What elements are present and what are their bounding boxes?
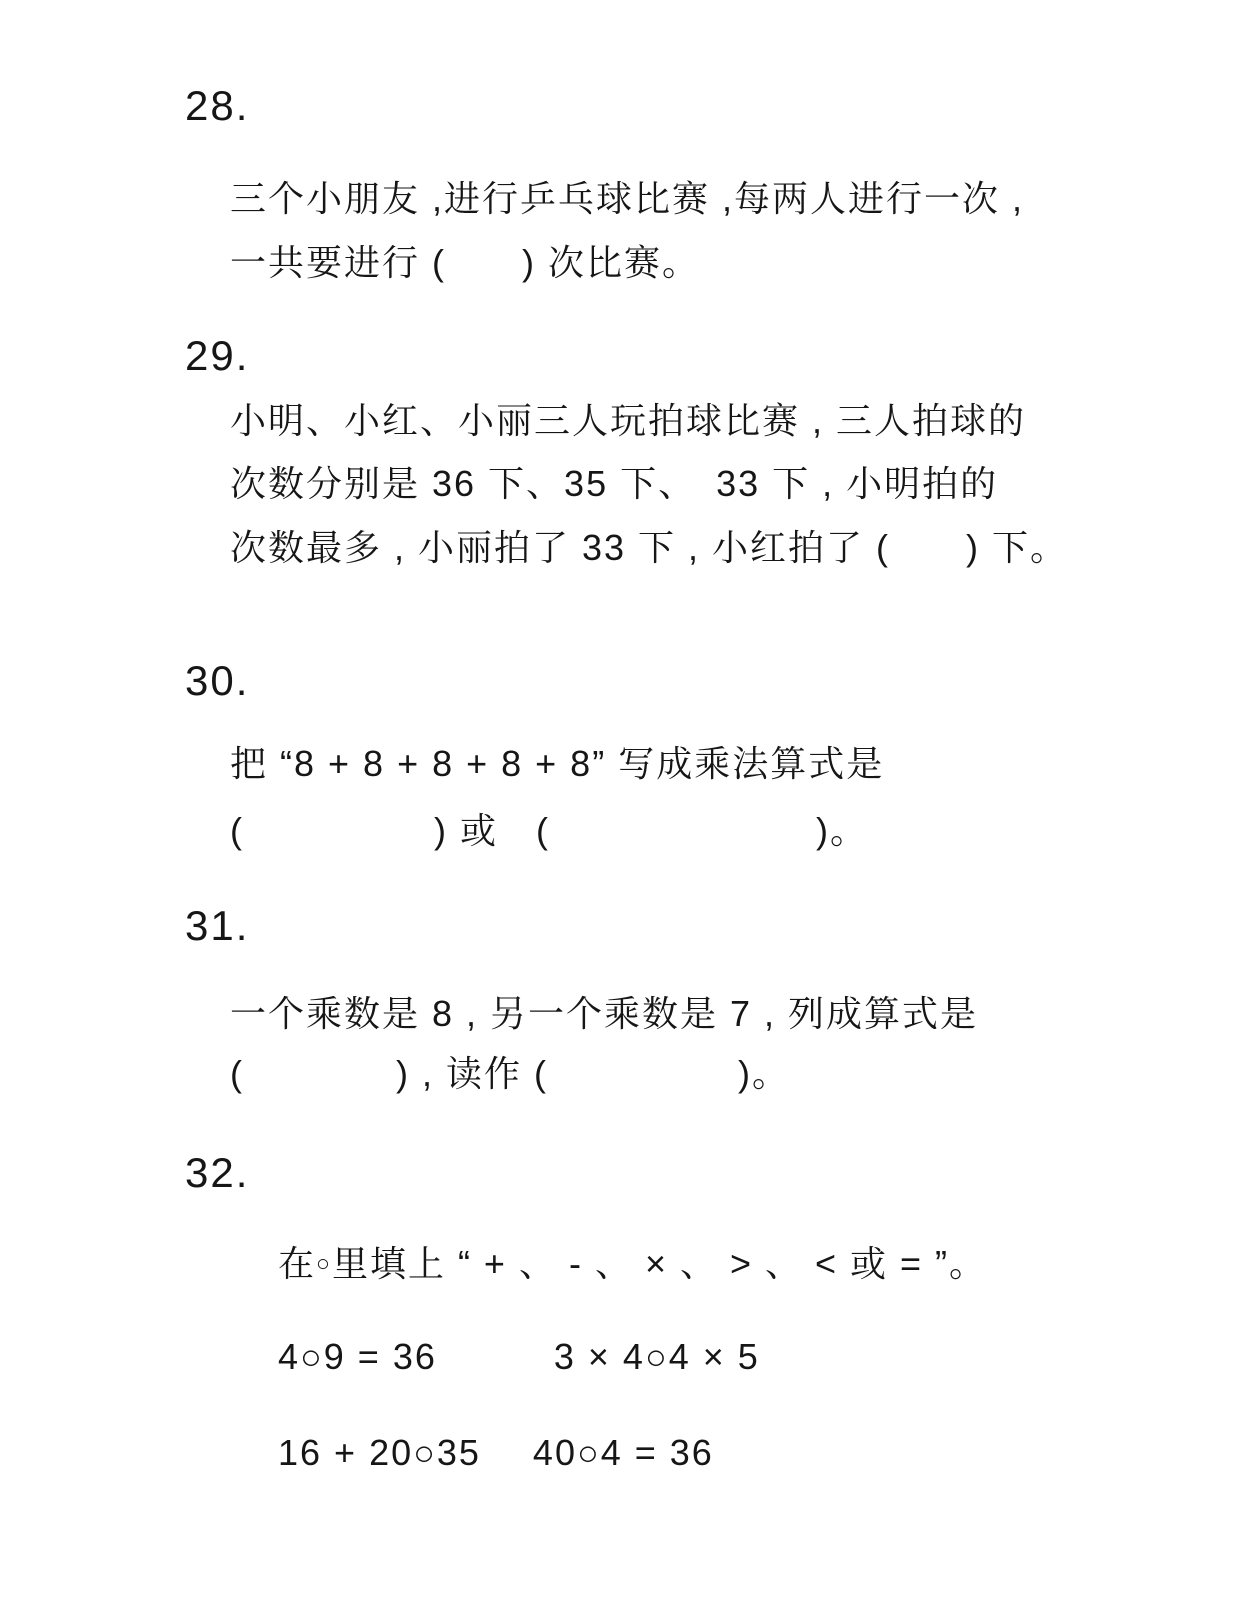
- question-29-line-3: 次数最多 , 小丽拍了 33 下 , 小红拍了 ( ) 下。: [230, 530, 1068, 566]
- question-number-32: 32.: [185, 1152, 249, 1194]
- question-29-line-2: 次数分别是 36 下、35 下、 33 下 , 小明拍的: [230, 466, 998, 502]
- question-number-31: 31.: [185, 905, 249, 947]
- question-31-line-2: ( ) , 读作 ( )。: [230, 1056, 790, 1092]
- question-31-line-1: 一个乘数是 8 , 另一个乘数是 7 , 列成算式是: [230, 996, 978, 1032]
- question-32-intro: 在○里填上 “ + 、 - 、 × 、 > 、 < 或 = ”。: [230, 1210, 987, 1318]
- question-28-line-1: 三个小朋友 ,进行乒乓球比赛 ,每两人进行一次 ,: [230, 181, 1024, 217]
- intro-text-prefix: 在: [278, 1243, 316, 1284]
- equation-2-right: 40○4 = 36: [533, 1432, 714, 1473]
- equation-row-2: 16 + 20○3540○4 = 36: [230, 1399, 714, 1507]
- equation-1-right: 3 × 4○4 × 5: [554, 1336, 760, 1377]
- question-number-28: 28.: [185, 85, 249, 127]
- equation-2-left: 16 + 20○35: [278, 1432, 481, 1473]
- question-30-line-1: 把 “8 + 8 + 8 + 8 + 8” 写成乘法算式是: [230, 746, 884, 782]
- question-29-line-1: 小明、小红、小丽三人玩拍球比赛 , 三人拍球的: [230, 403, 1026, 439]
- question-number-29: 29.: [185, 335, 249, 377]
- intro-text-rest: 里填上 “ + 、 - 、 × 、 > 、 < 或 = ”。: [332, 1243, 987, 1284]
- worksheet-page: 28. 三个小朋友 ,进行乒乓球比赛 ,每两人进行一次 , 一共要进行 ( ) …: [0, 0, 1243, 1600]
- equation-1-left: 4○9 = 36: [278, 1336, 437, 1377]
- equation-row-1: 4○9 = 363 × 4○4 × 5: [230, 1303, 760, 1411]
- question-number-30: 30.: [185, 660, 249, 702]
- question-30-line-2: ( ) 或 ( )。: [230, 813, 868, 849]
- question-28-line-2: 一共要进行 ( ) 次比赛。: [230, 245, 700, 281]
- fill-circle-placeholder-icon: ○: [316, 1250, 332, 1276]
